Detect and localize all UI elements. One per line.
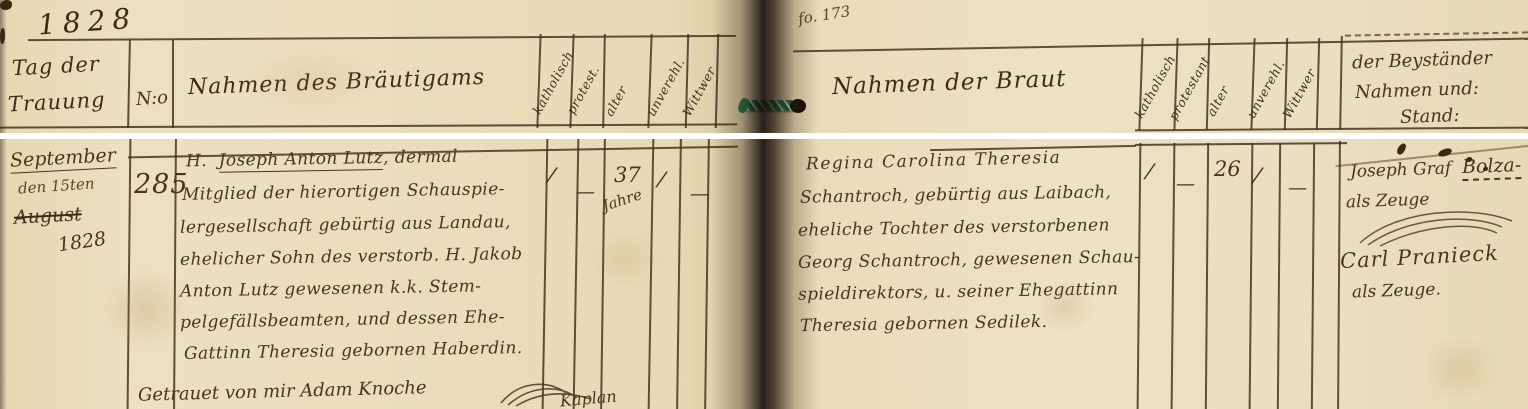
column-rule xyxy=(1206,38,1210,130)
register-scan: 1828 fo. 173 Tag der Trauung N:o Nahmen … xyxy=(0,0,1528,409)
header-strip: 1828 fo. 173 Tag der Trauung N:o Nahmen … xyxy=(0,0,1528,133)
column-rule xyxy=(704,139,710,409)
header-house-col-line2: N:o xyxy=(135,89,168,109)
record-month-inserted: September xyxy=(10,146,117,171)
bride-mark-wittwer: — xyxy=(1288,179,1307,198)
header-witness-col-line1: der Beyständer xyxy=(1352,50,1493,73)
paper-stain xyxy=(100,269,190,349)
bride-age: 26 xyxy=(1214,159,1241,180)
bride-mark-protestant: — xyxy=(1176,175,1195,194)
column-rule xyxy=(1311,143,1315,409)
month-inserted-text: September xyxy=(9,144,116,174)
groom-age: 37 xyxy=(614,165,641,186)
groom-line-1: H. Joseph Anton Lutz, dermal xyxy=(186,149,458,171)
groom-mark-protestant: — xyxy=(576,183,595,202)
page-gutter-shadow xyxy=(712,0,818,133)
groom-age-unit: Jahre xyxy=(601,187,644,214)
groom-line-5: Anton Lutz gewesenen k.k. Stem- xyxy=(180,278,482,300)
column-rule xyxy=(1316,38,1320,130)
header-bottom-rule xyxy=(0,123,737,128)
header-groom-col: Nahmen des Bräutigams xyxy=(188,67,486,99)
column-rule xyxy=(1205,143,1209,409)
column-rule xyxy=(648,139,655,409)
page-gutter-shadow xyxy=(712,139,818,409)
column-rule xyxy=(172,40,174,128)
record-top-rule-right-cols xyxy=(1135,142,1347,146)
groom-line-2: Mitglied der hierortigen Schauspie- xyxy=(182,181,505,204)
header-date-col-line2: Trauung xyxy=(8,89,107,115)
column-rule xyxy=(600,139,606,409)
column-rule xyxy=(1137,143,1142,409)
record-day: den 15ten xyxy=(18,176,95,196)
bride-line-1: Regina Carolina Theresia xyxy=(806,150,1062,174)
groom-mark-wittwer: — xyxy=(690,185,709,204)
record-strip: September den 15ten August 1828 285 H. J… xyxy=(0,139,1528,409)
header-witness-col-line2: Nahmen und: xyxy=(1355,80,1479,102)
header-witness-col-line3: Stand: xyxy=(1400,107,1460,127)
bride-line-5: spieldirektors, u. seiner Ehegattinn xyxy=(798,281,1119,304)
witness-line-3: Carl Pranieck xyxy=(1340,243,1500,272)
bride-line-4: Georg Schantroch, gewesenen Schau- xyxy=(798,249,1140,272)
column-rule xyxy=(1337,141,1341,409)
column-rule xyxy=(127,40,131,128)
groom-line1-rest: , dermal xyxy=(383,147,458,168)
groom-line-3: lergesellschaft gebürtig aus Landau, xyxy=(180,214,511,237)
header-col-alter: alter xyxy=(603,84,630,118)
groom-prefix: H. xyxy=(186,151,207,171)
witness-col-top-dashed-rule xyxy=(1345,31,1528,36)
bride-line-2: Schantroch, gebürtig aus Laibach, xyxy=(800,184,1112,206)
year-heading: 1828 xyxy=(37,5,138,40)
column-rule xyxy=(1171,143,1176,409)
book-edge-shadow xyxy=(0,0,7,133)
officiant-title: Kaplan xyxy=(559,389,617,409)
ink-speck xyxy=(1437,147,1452,157)
record-year: 1828 xyxy=(57,230,108,256)
header-date-col-line1: Tag der xyxy=(12,54,101,80)
ink-speck xyxy=(0,0,12,10)
record-house-no: 285 xyxy=(134,171,189,198)
officiant-note: Getrauet von mir Adam Knoche xyxy=(138,379,427,405)
column-rule xyxy=(676,139,682,409)
column-rule xyxy=(127,139,132,409)
book-edge-shadow xyxy=(0,139,7,409)
ink-speck xyxy=(1396,142,1407,156)
bride-mark-katholisch: / xyxy=(1145,161,1155,183)
bride-mark-unverehelicht: / xyxy=(1253,165,1263,187)
groom-line-6: pelgefällsbeamten, und dessen Ehe- xyxy=(180,309,505,332)
header-col-alter-right: alter xyxy=(1205,84,1232,118)
groom-mark-katholisch: / xyxy=(547,165,557,187)
groom-mark-unverehelicht: / xyxy=(657,169,667,191)
header-bride-col: Nahmen der Braut xyxy=(832,68,1067,99)
witness-line-4: als Zeuge. xyxy=(1352,281,1441,301)
header-top-rule xyxy=(28,35,736,41)
paper-stain xyxy=(1420,334,1500,404)
witness-line-1: Joseph Graf Bolza- xyxy=(1350,156,1522,181)
column-rule xyxy=(573,139,580,409)
header-bottom-rule-right xyxy=(1135,127,1528,132)
column-rule xyxy=(1277,143,1281,409)
groom-line-4: ehelicher Sohn des verstorb. H. Jakob xyxy=(180,246,523,269)
groom-line-7: Gattinn Theresia gebornen Haberdin. xyxy=(184,340,523,363)
bride-line-6: Theresia gebornen Sedilek. xyxy=(800,314,1048,335)
bride-line-3: eheliche Tochter des verstorbenen xyxy=(798,217,1110,239)
record-month-struck: August xyxy=(14,205,83,228)
column-rule xyxy=(1339,36,1343,130)
groom-name: Joseph Anton Lutz xyxy=(218,148,383,173)
